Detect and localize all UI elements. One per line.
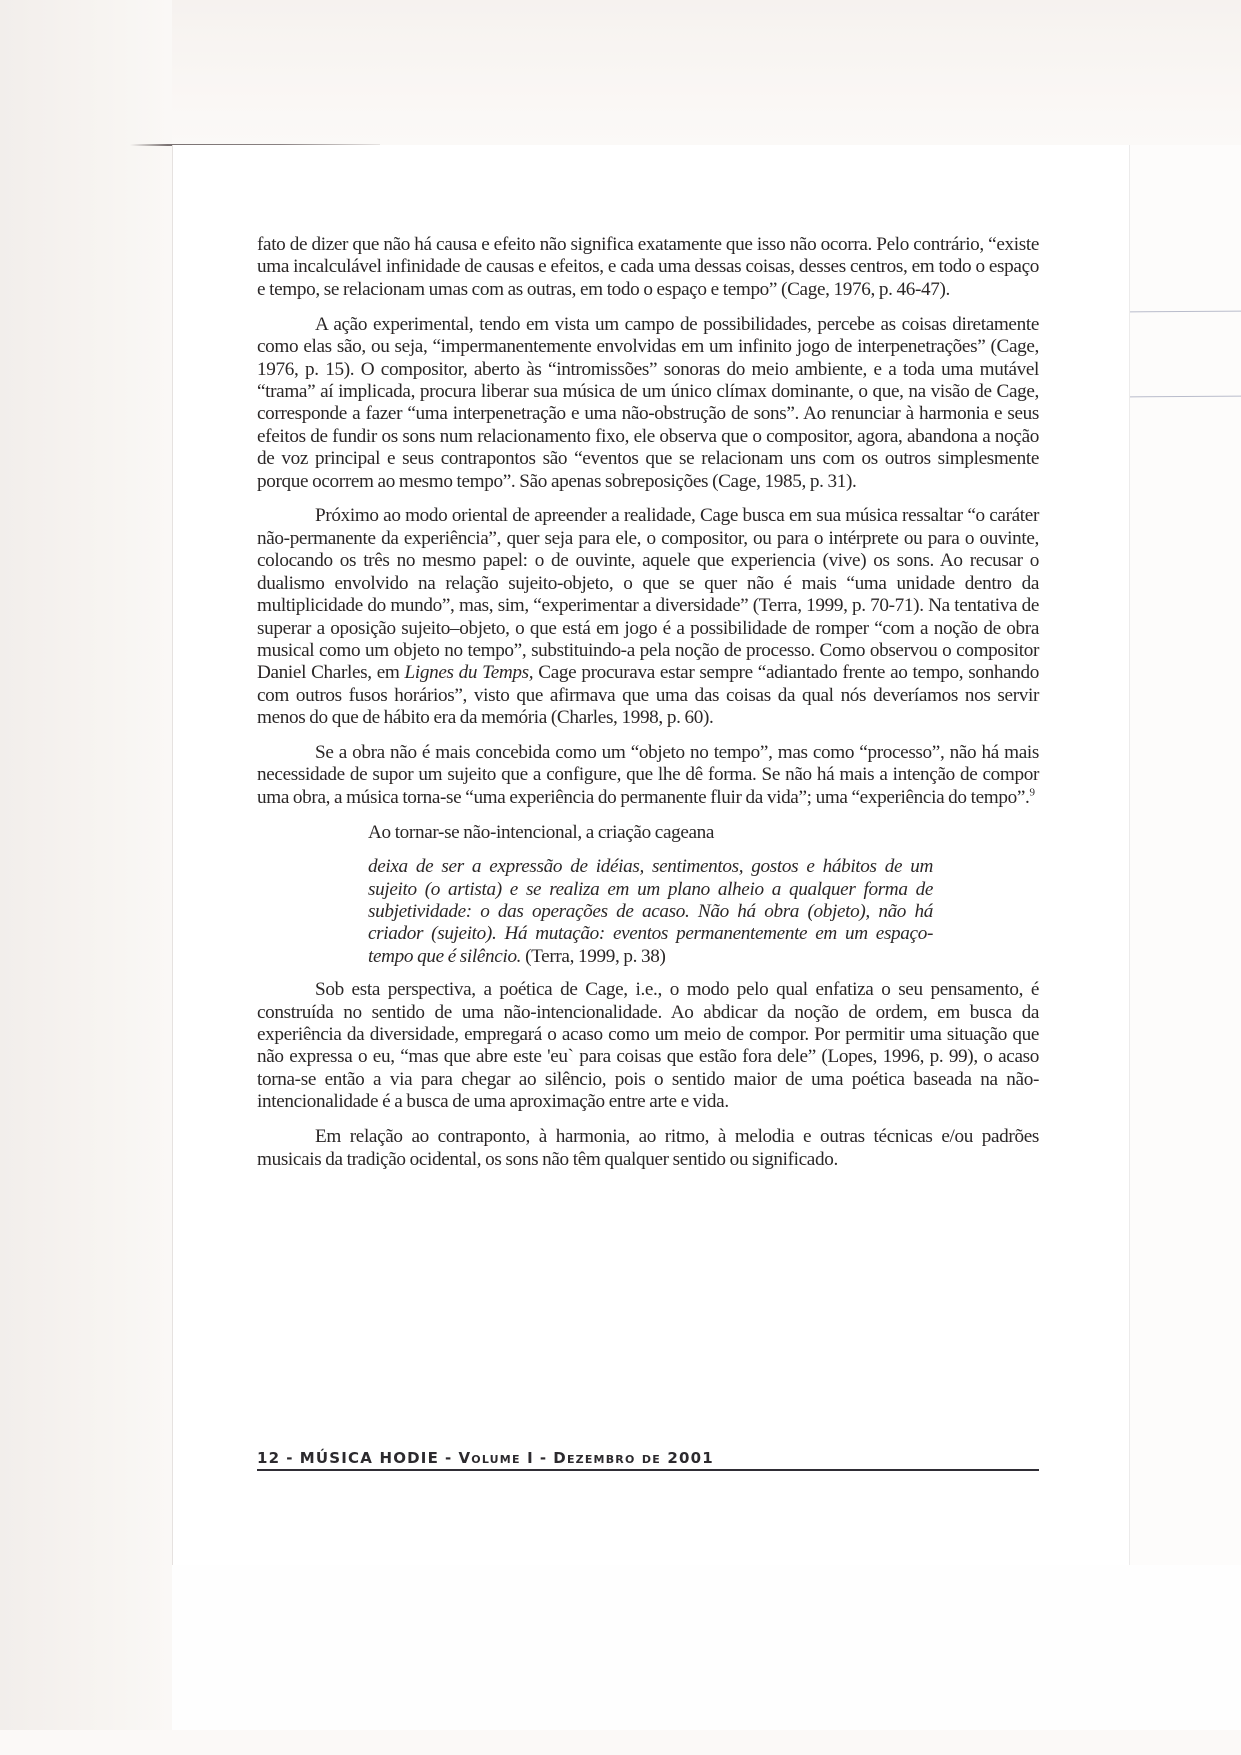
scan-background-left (0, 0, 172, 1730)
body-text: fato de dizer que não há causa e efeito … (257, 234, 1039, 1183)
paragraph: Sob esta perspectiva, a poética de Cage,… (257, 979, 1039, 1113)
footer-separator: - (534, 1449, 553, 1467)
paragraph: fato de dizer que não há causa e efeito … (257, 234, 1039, 301)
quote-lead: Ao tornar-se não-intencional, a criação … (368, 822, 933, 844)
paragraph-text: Se a obra não é mais concebida como um “… (257, 742, 1039, 808)
page-bottom-area (172, 1565, 1241, 1730)
quote-citation: (Terra, 1999, p. 38) (521, 946, 665, 967)
paragraph: A ação experimental, tendo em vista um c… (257, 314, 1039, 493)
issue-date: Dezembro de 2001 (553, 1449, 714, 1467)
paragraph-text: Próximo ao modo oriental de apreender a … (257, 505, 1039, 683)
footnote-marker[interactable]: 9 (1029, 786, 1034, 798)
running-footer: 12-MÚSICA HODIE-Volume I-Dezembro de 200… (257, 1449, 1039, 1467)
journal-name: MÚSICA HODIE (300, 1449, 439, 1467)
scan-background-right (1128, 145, 1241, 1565)
footer-separator: - (439, 1449, 458, 1467)
paragraph: Próximo ao modo oriental de apreender a … (257, 505, 1039, 729)
block-quote: Ao tornar-se não-intencional, a criação … (368, 822, 933, 968)
volume: Volume I (458, 1449, 533, 1467)
scan-background-top (0, 0, 1241, 145)
paragraph: Se a obra não é mais concebida como um “… (257, 742, 1039, 809)
page-number: 12 (257, 1449, 280, 1467)
paragraph: Em relação ao contraponto, à harmonia, a… (257, 1126, 1039, 1171)
footer-separator: - (280, 1449, 299, 1467)
page-footer: 12-MÚSICA HODIE-Volume I-Dezembro de 200… (257, 1449, 1039, 1471)
book-title: Lignes du Temps, (405, 662, 534, 683)
quote-body: deixa de ser a expressão de idéias, sent… (368, 856, 933, 968)
